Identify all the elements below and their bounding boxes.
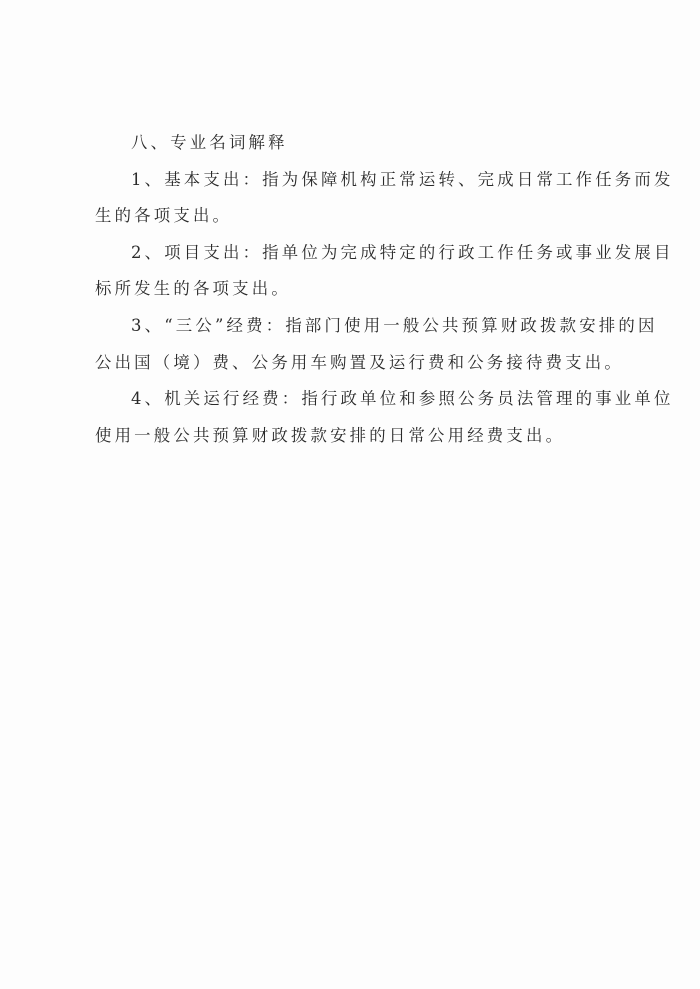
term-line: 公出国（境）费、公务用车购置及运行费和公务接待费支出。 — [95, 345, 609, 382]
term-line: 2、项目支出：指单位为完成特定的行政工作任务或事业发展目 — [95, 235, 609, 272]
term-line: 标所发生的各项支出。 — [95, 271, 609, 308]
term-basic-expenditure: 1、基本支出：指为保障机构正常运转、完成日常工作任务而发 生的各项支出。 — [95, 162, 609, 235]
section-heading: 八、专业名词解释 — [95, 125, 609, 162]
term-line: 生的各项支出。 — [95, 198, 609, 235]
term-project-expenditure: 2、项目支出：指单位为完成特定的行政工作任务或事业发展目 标所发生的各项支出。 — [95, 235, 609, 308]
term-agency-operating-expenses: 4、机关运行经费：指行政单位和参照公务员法管理的事业单位 使用一般公共预算财政拨… — [95, 381, 609, 454]
term-line: 4、机关运行经费：指行政单位和参照公务员法管理的事业单位 — [95, 381, 609, 418]
term-line: 1、基本支出：指为保障机构正常运转、完成日常工作任务而发 — [95, 162, 609, 199]
term-line: 使用一般公共预算财政拨款安排的日常公用经费支出。 — [95, 418, 609, 455]
term-line: 3、“三公”经费：指部门使用一般公共预算财政拨款安排的因 — [95, 308, 609, 345]
document-page: 八、专业名词解释 1、基本支出：指为保障机构正常运转、完成日常工作任务而发 生的… — [0, 0, 700, 989]
document-body: 八、专业名词解释 1、基本支出：指为保障机构正常运转、完成日常工作任务而发 生的… — [95, 125, 609, 454]
term-three-public-expenses: 3、“三公”经费：指部门使用一般公共预算财政拨款安排的因 公出国（境）费、公务用… — [95, 308, 609, 381]
